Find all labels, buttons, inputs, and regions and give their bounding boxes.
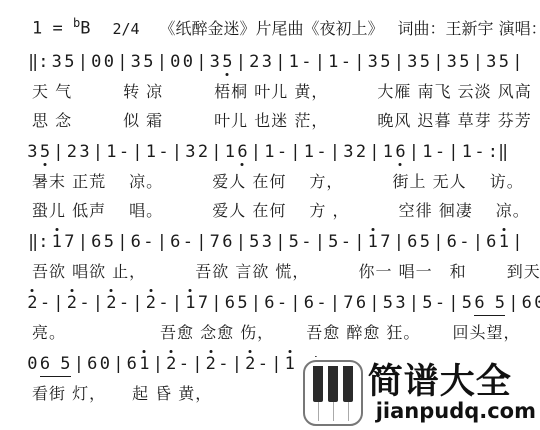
note: 3	[395, 288, 405, 318]
note: 2	[146, 288, 156, 318]
barline: |	[508, 288, 518, 318]
note: 5	[499, 47, 509, 77]
note: 5	[380, 47, 390, 77]
notation-line-4: 2-|2-|2-|2-|17|65|6-|6-|76|53|5-|56 5|60…	[26, 288, 540, 318]
note: -	[79, 288, 89, 318]
note: -	[435, 137, 445, 167]
note: 3	[210, 47, 220, 77]
note: 3	[343, 137, 353, 167]
note: 1	[289, 47, 299, 77]
note: 0	[170, 47, 180, 77]
note: 5	[237, 288, 247, 318]
note: -	[316, 288, 326, 318]
barline: |	[132, 288, 142, 318]
note: 2	[245, 349, 255, 379]
note: 7	[198, 288, 208, 318]
note: 6 5	[40, 352, 71, 377]
score: ‖:35|00|35|00|35|23|1-|1-|35|35|35|35| 天…	[0, 39, 540, 408]
note: 1	[106, 137, 116, 167]
barline: |	[132, 137, 142, 167]
note: 6	[447, 227, 457, 257]
barline: |	[236, 47, 246, 77]
barline: |	[275, 47, 285, 77]
note: -	[301, 227, 311, 257]
note: 0	[91, 47, 101, 77]
note: 2	[249, 47, 259, 77]
note: -	[143, 227, 153, 257]
barline: |	[290, 137, 300, 167]
note: 1	[462, 137, 472, 167]
note: 3	[185, 137, 195, 167]
barline: |	[172, 137, 182, 167]
note: 6	[127, 349, 137, 379]
time-signature: 2/4	[112, 20, 139, 38]
barline: |	[78, 227, 88, 257]
barline: |	[433, 227, 443, 257]
note: -	[277, 288, 287, 318]
notation-line-3: ‖:17|65|6-|6-|76|53|5-|5-|17|65|6-|61|	[26, 227, 540, 257]
barline: ‖:	[28, 227, 48, 257]
note: 1	[146, 137, 156, 167]
note: 3	[262, 227, 272, 257]
note: 6	[131, 227, 141, 257]
barline: |	[53, 288, 63, 318]
barline: |	[172, 288, 182, 318]
barline: |	[117, 47, 127, 77]
barline: |	[394, 227, 404, 257]
note: 5	[422, 288, 432, 318]
song-title: 《纸醉金迷》片尾曲《夜初上》	[160, 16, 384, 39]
barline: |	[409, 137, 419, 167]
white-key-divider	[333, 402, 334, 421]
barline: |	[473, 47, 483, 77]
note: 2	[67, 288, 77, 318]
barline: |	[211, 137, 221, 167]
note: 1	[304, 137, 314, 167]
barline: |	[232, 349, 242, 379]
barline: |	[93, 288, 103, 318]
note: 6	[237, 137, 247, 167]
note: -	[459, 227, 469, 257]
note: 5	[328, 227, 338, 257]
note: 1	[52, 227, 62, 257]
note: 6	[170, 227, 180, 257]
note: 1	[328, 47, 338, 77]
note: 5	[459, 47, 469, 77]
note: 0	[183, 47, 193, 77]
barline: |	[93, 137, 103, 167]
notation-line-1: ‖:35|00|35|00|35|23|1-|1-|35|35|35|35|	[26, 47, 540, 77]
note: 5	[289, 227, 299, 257]
note: 6	[356, 288, 366, 318]
barline: |	[448, 288, 458, 318]
barline: |	[448, 137, 458, 167]
barline: |	[369, 288, 379, 318]
note: 1	[499, 227, 509, 257]
sheet-music-page: 1 = bB 2/4 《纸醉金迷》片尾曲《夜初上》 词曲：王新宇 演唱：陈好 ‖…	[0, 0, 540, 430]
note: 5	[383, 288, 393, 318]
note: 1	[422, 137, 432, 167]
note: 2	[27, 288, 37, 318]
watermark-site-name: 简谱大全	[368, 364, 536, 400]
key-prefix: 1 =	[32, 19, 73, 39]
barline: |	[157, 227, 167, 257]
note: 0	[27, 349, 37, 379]
watermark: 简谱大全 jianpudq.com	[297, 357, 538, 430]
note: 2	[206, 349, 216, 379]
white-key-divider	[318, 402, 319, 421]
barline: |	[74, 349, 84, 379]
score-system-4: 2-|2-|2-|2-|17|65|6-|6-|76|53|5-|56 5|60…	[26, 288, 540, 347]
barline: |	[330, 137, 340, 167]
lyrics-line-1b: 思 念 似 霜 叶儿 也迷 茫， 晚风 迟暮 草芽 芬芳	[26, 106, 540, 135]
note: -	[179, 349, 189, 379]
note: 0	[104, 47, 114, 77]
lyrics-line-2a: 暑末 正荒 凉。 爱人 在何 方， 街上 无人 访。	[26, 167, 540, 196]
barline: |	[330, 288, 340, 318]
barline: |	[354, 47, 364, 77]
note: 6 5	[474, 291, 505, 316]
score-system-1: ‖:35|00|35|00|35|23|1-|1-|35|35|35|35| 天…	[26, 47, 540, 135]
note: -	[474, 137, 484, 167]
key-signature: 1 = bB	[32, 16, 90, 39]
note: 5	[40, 137, 50, 167]
barline: |	[153, 349, 163, 379]
barline: |	[251, 137, 261, 167]
note: -	[183, 227, 193, 257]
note: 6	[222, 227, 232, 257]
note: 2	[106, 288, 116, 318]
note: 6	[264, 288, 274, 318]
lyrics-line-1a: 天 气 转 凉 梧桐 叶儿 黄， 大雁 南飞 云淡 风高	[26, 77, 540, 106]
note: 6	[225, 288, 235, 318]
score-system-3: ‖:17|65|6-|6-|76|53|5-|5-|17|65|6-|61| 吾…	[26, 227, 540, 286]
watermark-site-url: jianpudq.com	[376, 400, 536, 422]
note: -	[258, 349, 268, 379]
note: 6	[304, 288, 314, 318]
barline: |	[192, 349, 202, 379]
barline: |	[117, 227, 127, 257]
piano-keys-icon	[303, 360, 363, 426]
note: 2	[166, 349, 176, 379]
lyrics-line-4: 亮。 吾愈 念愈 伤， 吾愈 醉愈 狂。 回头望，	[26, 318, 540, 347]
note: 5	[420, 47, 430, 77]
note: -	[341, 227, 351, 257]
note: -	[435, 288, 445, 318]
barline: |	[473, 227, 483, 257]
barline: |	[251, 288, 261, 318]
credits: 词曲：王新宇 演唱：陈好	[398, 16, 540, 39]
barline: |	[369, 137, 379, 167]
barline: |	[315, 47, 325, 77]
note: -	[158, 137, 168, 167]
barline: |	[290, 288, 300, 318]
note: -	[316, 137, 326, 167]
sheet-header: 1 = bB 2/4 《纸醉金迷》片尾曲《夜初上》 词曲：王新宇 演唱：陈好	[0, 0, 540, 39]
note: 5	[64, 47, 74, 77]
note: -	[218, 349, 228, 379]
barline: |	[236, 227, 246, 257]
note: 0	[100, 349, 110, 379]
barline: |	[196, 47, 206, 77]
note: 3	[368, 47, 378, 77]
barline: |	[53, 137, 63, 167]
barline: |	[354, 227, 364, 257]
note: 6	[91, 227, 101, 257]
note: 7	[380, 227, 390, 257]
barline: |	[271, 349, 281, 379]
barline: :‖	[488, 137, 508, 167]
note: 3	[79, 137, 89, 167]
note: 6	[87, 349, 97, 379]
note: 3	[407, 47, 417, 77]
note: 3	[447, 47, 457, 77]
barline: |	[512, 47, 522, 77]
barline: |	[315, 227, 325, 257]
black-key-icon	[343, 366, 353, 402]
watermark-text: 简谱大全 jianpudq.com	[368, 364, 536, 422]
note: 1	[285, 349, 295, 379]
note: 5	[249, 227, 259, 257]
note: -	[158, 288, 168, 318]
lyrics-line-2b: 蛩儿 低声 唱。 爱人 在何 方 ， 空徘 徊凄 凉。	[26, 196, 540, 225]
white-key-divider	[348, 402, 349, 421]
note: 2	[356, 137, 366, 167]
note: 3	[27, 137, 37, 167]
note: 2	[198, 137, 208, 167]
note: -	[40, 288, 50, 318]
black-key-icon	[313, 366, 323, 402]
note: 1	[264, 137, 274, 167]
note: 5	[104, 227, 114, 257]
note: -	[341, 47, 351, 77]
note: 6	[395, 137, 405, 167]
barline: |	[275, 227, 285, 257]
note: -	[119, 137, 129, 167]
note: 6	[486, 227, 496, 257]
note: -	[119, 288, 129, 318]
note: -	[301, 47, 311, 77]
note: 1	[139, 349, 149, 379]
barline: ‖:	[28, 47, 48, 77]
note: 1	[368, 227, 378, 257]
note: 1	[185, 288, 195, 318]
note: 5	[462, 288, 472, 318]
barline: |	[113, 349, 123, 379]
note: 3	[262, 47, 272, 77]
barline: |	[157, 47, 167, 77]
note: 3	[131, 47, 141, 77]
note: 1	[225, 137, 235, 167]
barline: |	[211, 288, 221, 318]
barline: |	[394, 47, 404, 77]
note: 7	[210, 227, 220, 257]
barline: |	[196, 227, 206, 257]
score-system-2: 35|23|1-|1-|32|16|1-|1-|32|16|1-|1-:‖ 暑末…	[26, 137, 540, 225]
note: 6	[522, 288, 532, 318]
note: 5	[420, 227, 430, 257]
barline: |	[78, 47, 88, 77]
note: 5	[143, 47, 153, 77]
note: 2	[67, 137, 77, 167]
barline: |	[433, 47, 443, 77]
notation-line-2: 35|23|1-|1-|32|16|1-|1-|32|16|1-|1-:‖	[26, 137, 540, 167]
note: 5	[222, 47, 232, 77]
note: 3	[486, 47, 496, 77]
note: 6	[407, 227, 417, 257]
note: 0	[534, 288, 540, 318]
key-letter: B	[80, 19, 90, 39]
note: 1	[383, 137, 393, 167]
lyrics-line-3: 吾欲 唱欲 止， 吾欲 言欲 慌， 你一 唱一 和 到天	[26, 257, 540, 286]
barline: |	[409, 288, 419, 318]
barline: |	[512, 227, 522, 257]
note: 7	[64, 227, 74, 257]
black-key-icon	[328, 366, 338, 402]
note: 7	[343, 288, 353, 318]
note: -	[277, 137, 287, 167]
note: 3	[52, 47, 62, 77]
